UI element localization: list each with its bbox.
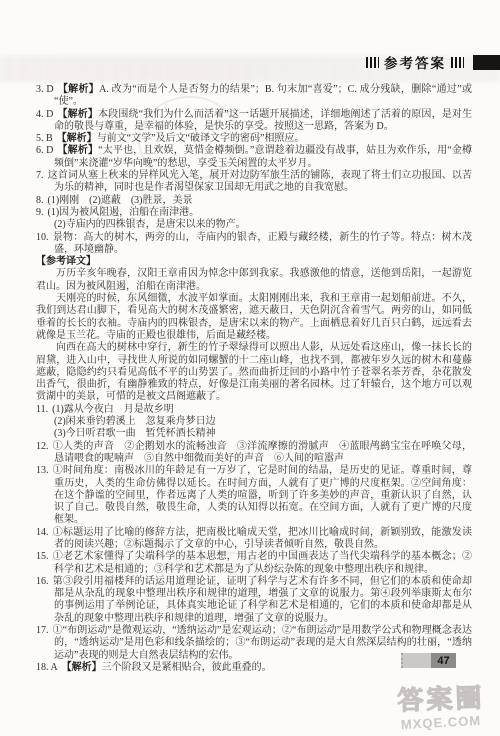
item-number: 6. D (36, 145, 53, 156)
item-text: (2)寺庙内的四株银杏，是唐宋以来的物产。 (54, 219, 246, 230)
item-text: (1)刚刚 (2)遮蔽 (3)胜景，美景 (48, 195, 193, 206)
page-number: 47 (431, 653, 456, 668)
item-text: 三个阶段又是紧相贴合，彼此重叠的。 (102, 662, 272, 673)
item-number: 14. (36, 527, 49, 538)
answer-item: 5. B【解析】与前文“文学”及后文“破译文字的密码”相照应。 (36, 133, 472, 145)
answer-item: 4. D【解析】本段围绕“我们为什么而活着”这一话题开展描述，详细地阐述了活着的… (36, 109, 472, 134)
answer-item: (2)闲来垂钓碧溪上 忽复乘舟梦日边 (36, 416, 472, 428)
item-text: (3)今日听君歌一曲 暂凭杯酒长精神 (54, 428, 216, 439)
translation-paragraph: 向西在高大的树林中穿行，新生的竹子翠绿得可以照出人影，从远处看这座山，像一抹长长… (36, 342, 472, 403)
answer-item: (2)寺庙内的四株银杏，是唐宋以来的物产。 (36, 219, 472, 231)
item-number: 11. (36, 404, 48, 415)
answers-content: 3. D【解析】A. 改为“而是个人是否努力的结果”；B. 句末加“喜爱”；C.… (36, 84, 472, 674)
item-number: 7. (36, 170, 44, 181)
answer-item: 16.第③段引用福楼拜的话运用道理论证，证明了科学与艺术有许多不同，但它们的本质… (36, 576, 472, 625)
answer-item: 7.这首词从塞上秋来的异样风光入笔，展开对边防军旅生活的铺陈，表现了将士们立功报… (36, 170, 472, 195)
item-number: 16. (36, 576, 49, 587)
item-text: (2)闲来垂钓碧溪上 忽复乘舟梦日边 (54, 416, 216, 427)
answer-item: 13.①时间角度：南极冰川的年龄足有一万岁了，它是时间的结晶，是历史的见证。尊重… (36, 465, 472, 526)
page-title: 参考答案 (384, 52, 446, 72)
barcode-bars-right-icon (451, 57, 464, 68)
item-text: “太平也，且欢娱，莫惜金樽频倒。”意谓趁着边疆没有战事，姑且为欢作乐，用“金樽频… (54, 145, 472, 168)
translation-paragraphs: 万历辛亥年晚春，汉阳王章甫因为悼念中郎到我家。我感激他的情意，送他到岳阳，一起游… (36, 268, 472, 403)
item-text: (1)因为被风阻遏，泊船在南津港。 (48, 207, 200, 218)
answer-item: 10.景物：高大的树木，两旁的山，寺庙内的银杏，正殿与藏经楼，新生的竹子等。特点… (36, 232, 472, 257)
item-number: 12. (36, 441, 49, 452)
answer-item: 8.(1)刚刚 (2)遮蔽 (3)胜景，美景 (36, 195, 472, 207)
item-number: 8. (36, 195, 44, 206)
translation-paragraph: 万历辛亥年晚春，汉阳王章甫因为悼念中郎到我家。我感激他的情意，送他到岳阳，一起游… (36, 268, 472, 293)
answer-item: 9.(1)因为被风阻遏，泊船在南津港。 (36, 207, 472, 219)
item-number: 4. D (36, 109, 53, 120)
item-number: 15. (36, 551, 49, 562)
item-number: 10. (36, 232, 49, 243)
item-text: ①标题运用了比喻的修辞方法，把南极比喻成天堂，把冰川比喻成时间，新颖别致，能激发… (53, 527, 473, 550)
item-number: 17. (36, 625, 49, 636)
page-badge-light-box (401, 653, 431, 668)
item-text: 这首词从塞上秋来的异样风光入笔，展开对边防军旅生活的铺陈，表现了将士们立功报国、… (48, 170, 473, 193)
item-text: A. 改为“而是个人是否努力的结果”；B. 句末加“喜爱”；C. 成分残缺，删除… (54, 84, 472, 107)
item-text: 景物：高大的树木，两旁的山，寺庙内的银杏，正殿与藏经楼，新生的竹子等。特点：树木… (53, 232, 473, 255)
translation-paragraph: 天刚亮的时候，东风细微，水波平如掌面。太阳刚刚出来，我和王章甫一起划船前进。不久… (36, 293, 472, 342)
analysis-tag: 【解析】 (57, 109, 98, 120)
answer-item: 15.①老艺术家懂得了尖端科学的基本思想，用古老的中国画表达了当代尖端科学的基本… (36, 551, 472, 576)
answer-site-watermark: 答案圈 MXQE.COM (386, 687, 496, 730)
item-number: 5. B (36, 133, 53, 144)
analysis-tag: 【解析】 (57, 145, 98, 156)
answer-item: 6. D【解析】“太平也，且欢娱，莫惜金樽频倒。”意谓趁着边疆没有战事，姑且为欢… (36, 145, 472, 170)
item-number: 13. (36, 465, 49, 476)
item-number: 9. (36, 207, 44, 218)
answer-list-bottom: 11.(1)露从今夜白 月是故乡明(2)闲来垂钓碧溪上 忽复乘舟梦日边(3)今日… (36, 404, 472, 675)
item-text: ①老艺术家懂得了尖端科学的基本思想，用古老的中国画表达了当代尖端科学的基本概念；… (53, 551, 473, 574)
item-number: 18. A (36, 662, 58, 673)
answer-item: 14.①标题运用了比喻的修辞方法，把南极比喻成天堂，把冰川比喻成时间，新颖别致，… (36, 527, 472, 552)
answer-item: 3. D【解析】A. 改为“而是个人是否努力的结果”；B. 句末加“喜爱”；C.… (36, 84, 472, 109)
watermark-url-text: MXQE.COM (386, 712, 497, 733)
answer-list-top: 3. D【解析】A. 改为“而是个人是否努力的结果”；B. 句末加“喜爱”；C.… (36, 84, 472, 256)
answer-item: 11.(1)露从今夜白 月是故乡明 (36, 404, 472, 416)
item-text: (1)露从今夜白 月是故乡明 (52, 404, 174, 415)
translation-heading: 【参考译文】 (36, 256, 472, 268)
page-header: 参考答案 (361, 53, 500, 71)
item-text: 第③段引用福楼拜的话运用道理论证，证明了科学与艺术有许多不同，但它们的本质和使命… (53, 576, 473, 624)
header-black-block (473, 55, 500, 70)
item-text: 本段围绕“我们为什么而活着”这一话题开展描述，详细地阐述了活着的原因，是对生命的… (54, 109, 472, 132)
analysis-tag: 【解析】 (57, 133, 97, 144)
watermark-logo-text: 答案圈 (386, 685, 497, 715)
analysis-tag: 【解析】 (58, 84, 100, 95)
answer-item: (3)今日听君歌一曲 暂凭杯酒长精神 (36, 428, 472, 440)
page-number-badge: 47 (401, 653, 456, 668)
answer-item: 12.①人类的声音 ②企鹅划水的流畅浊音 ③洋流摩擦的滑腻声 ④蓝眼鸬鹚宝宝在呼… (36, 441, 472, 466)
item-text: 与前文“文学”及后文“破译文字的密码”相照应。 (97, 133, 305, 144)
barcode-bars-left-icon (366, 57, 379, 68)
item-text: ①时间角度：南极冰川的年龄足有一万岁了，它是时间的结晶，是历史的见证。尊重时间，… (53, 465, 473, 525)
item-text: ①人类的声音 ②企鹅划水的流畅浊音 ③洋流摩擦的滑腻声 ④蓝眼鸬鹚宝宝在呼唤父母… (53, 441, 473, 464)
analysis-tag: 【解析】 (62, 662, 102, 673)
item-number: 3. D (36, 84, 54, 95)
